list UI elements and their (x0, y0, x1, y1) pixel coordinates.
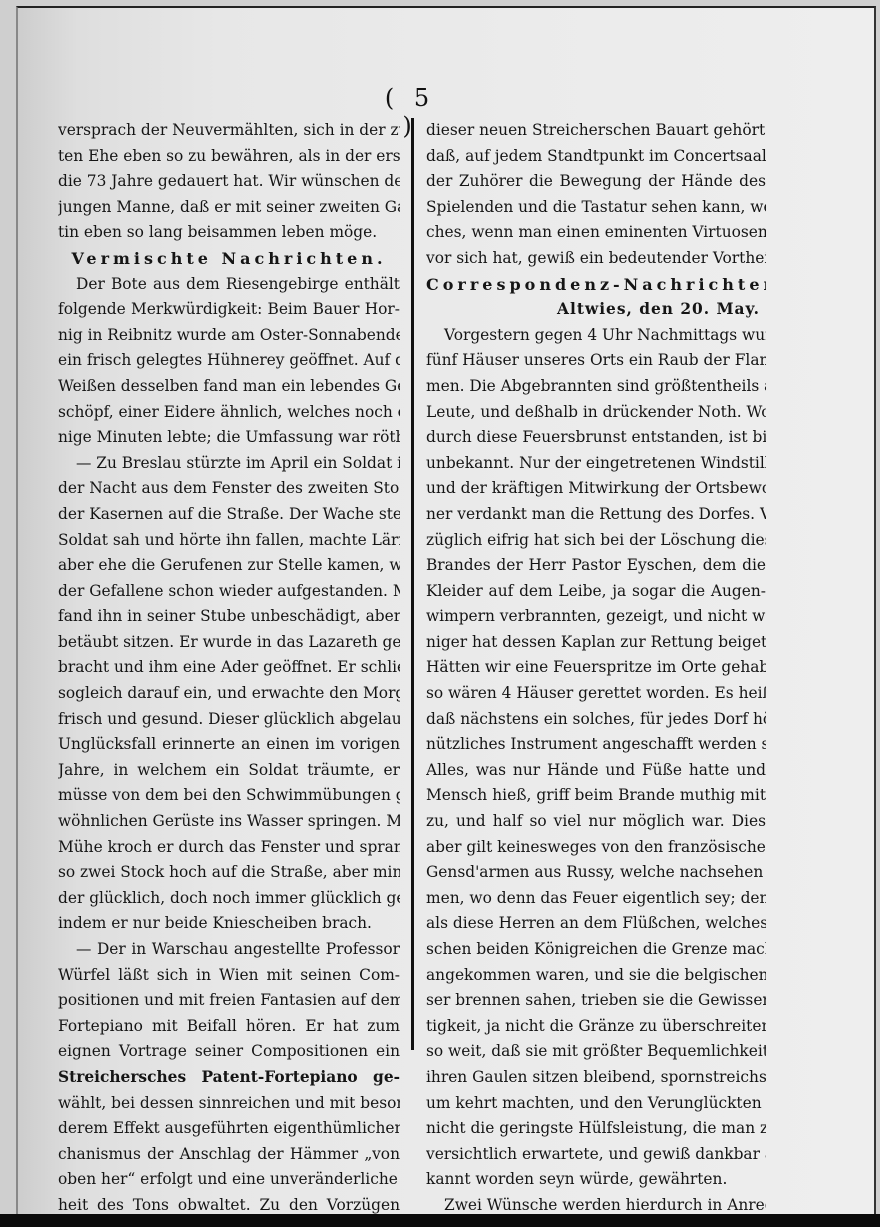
text-line: Leute, und deßhalb in drückender Noth. W… (426, 400, 766, 426)
text-line: oben her“ erfolgt und eine unveränderlic… (58, 1167, 400, 1193)
text-line: betäubt sitzen. Er wurde in das Lazareth… (58, 630, 400, 656)
text-line: Mensch hieß, griff beim Brande muthig mi… (426, 783, 766, 809)
text-line: chanismus der Anschlag der Hämmer „von (58, 1142, 400, 1168)
text-line: folgende Merkwürdigkeit: Beim Bauer Hor- (58, 297, 400, 323)
text-line: — Zu Breslau stürzte im April ein Soldat… (58, 451, 400, 477)
text-line: nige Minuten lebte; die Umfassung war rö… (58, 425, 400, 451)
text-line: als diese Herren an dem Flüßchen, welche… (426, 911, 766, 937)
text-line: aber ehe die Gerufenen zur Stelle kamen,… (58, 553, 400, 579)
text-line: Der Bote aus dem Riesengebirge enthält (58, 272, 400, 298)
text-line: um kehrt machten, und den Verunglückten … (426, 1091, 766, 1117)
text-line: fünf Häuser unseres Orts ein Raub der Fl… (426, 348, 766, 374)
text-line: nicht die geringste Hülfsleistung, die m… (426, 1116, 766, 1142)
column-divider (411, 118, 414, 1050)
text-line: tigkeit, ja nicht die Gränze zu überschr… (426, 1014, 766, 1040)
continued-paragraph: dieser neuen Streicherschen Bauart gehör… (426, 118, 766, 272)
text-line: Würfel läßt sich in Wien mit seinen Com- (58, 963, 400, 989)
text-line: ches, wenn man einen eminenten Virtuosen (426, 220, 766, 246)
text-line: heit des Tons obwaltet. Zu den Vorzügen (58, 1193, 400, 1219)
text-line: der glücklich, doch noch immer glücklich… (58, 886, 400, 912)
text-line: frisch und gesund. Dieser glücklich abge… (58, 707, 400, 733)
text-line: Vorgestern gegen 4 Uhr Nachmittags wurde… (426, 323, 766, 349)
text-line: daß nächstens ein solches, für jedes Dor… (426, 707, 766, 733)
text-line: versprach der Neuvermählten, sich in der… (58, 118, 400, 144)
text-line: Soldat sah und hörte ihn fallen, machte … (58, 528, 400, 554)
text-line: tin eben so lang beisammen leben möge. (58, 220, 400, 246)
text-line: — Der in Warschau angestellte Professor (58, 937, 400, 963)
text-line: aber gilt keinesweges von den französisc… (426, 835, 766, 861)
text-line: Weißen desselben fand man ein lebendes G… (58, 374, 400, 400)
text-line: so zwei Stock hoch auf die Straße, aber … (58, 860, 400, 886)
text-line: ner verdankt man die Rettung des Dorfes.… (426, 502, 766, 528)
text-line: wöhnlichen Gerüste ins Wasser springen. … (58, 809, 400, 835)
text-line: Brandes der Herr Pastor Eyschen, dem die (426, 553, 766, 579)
text-line: Unglücksfall erinnerte an einen im vorig… (58, 732, 400, 758)
article-vermischte-nachrichten: Der Bote aus dem Riesengebirge enthält f… (58, 272, 400, 1219)
text-line: durch diese Feuersbrunst entstanden, ist… (426, 425, 766, 451)
text-line: ten Ehe eben so zu bewähren, als in der … (58, 144, 400, 170)
text-line: der Nacht aus dem Fenster des zweiten St… (58, 476, 400, 502)
text-line: die 73 Jahre gedauert hat. Wir wünschen … (58, 169, 400, 195)
text-line: der Zuhörer die Bewegung der Hände des (426, 169, 766, 195)
text-line: wimpern verbrannten, gezeigt, und nicht … (426, 604, 766, 630)
text-line: positionen und mit freien Fantasien auf … (58, 988, 400, 1014)
text-line: nützliches Instrument angeschafft werden… (426, 732, 766, 758)
text-line: dieser neuen Streicherschen Bauart gehör… (426, 118, 766, 144)
text-line: Fortepiano mit Beifall hören. Er hat zum (58, 1014, 400, 1040)
article-correspondenz-nachrichten: Vorgestern gegen 4 Uhr Nachmittags wurde… (426, 323, 766, 1219)
text-line: schen beiden Königreichen die Grenze mac… (426, 937, 766, 963)
text-line: Gensd'armen aus Russy, welche nachsehen … (426, 860, 766, 886)
text-line: so weit, daß sie mit größter Bequemlichk… (426, 1039, 766, 1065)
text-line: Streichersches Patent-Fortepiano ge- (58, 1065, 400, 1091)
text-line: fand ihn in seiner Stube unbeschädigt, a… (58, 604, 400, 630)
text-line: Jahre, in welchem ein Soldat träumte, er (58, 758, 400, 784)
text-line: ein frisch gelegtes Hühnerey geöffnet. A… (58, 348, 400, 374)
text-line: bracht und ihm eine Ader geöffnet. Er sc… (58, 655, 400, 681)
continued-paragraph: versprach der Neuvermählten, sich in der… (58, 118, 400, 246)
text-line: ihren Gaulen sitzen bleibend, spornstrei… (426, 1065, 766, 1091)
text-line: schöpf, einer Eidere ähnlich, welches no… (58, 400, 400, 426)
text-line: müsse von dem bei den Schwimmübungen ge- (58, 783, 400, 809)
text-line: Alles, was nur Hände und Füße hatte und (426, 758, 766, 784)
text-line: der Gefallene schon wieder aufgestanden.… (58, 579, 400, 605)
dateline: Altwies, den 20. May. (426, 297, 766, 323)
section-heading-vermischte-nachrichten: Vermischte Nachrichten. (58, 246, 400, 272)
text-line: derem Effekt ausgeführten eigenthümliche… (58, 1116, 400, 1142)
right-column: dieser neuen Streicherschen Bauart gehör… (426, 118, 766, 1219)
text-line: daß, auf jedem Standtpunkt im Concertsaa… (426, 144, 766, 170)
text-line: wählt, bei dessen sinnreichen und mit be… (58, 1091, 400, 1117)
text-line: vor sich hat, gewiß ein bedeutender Vort… (426, 246, 766, 272)
text-line: züglich eifrig hat sich bei der Löschung… (426, 528, 766, 554)
text-line: Mühe kroch er durch das Fenster und spra… (58, 835, 400, 861)
text-line: jungen Manne, daß er mit seiner zweiten … (58, 195, 400, 221)
text-line: angekommen waren, und sie die belgischen… (426, 963, 766, 989)
text-line: niger hat dessen Kaplan zur Rettung beig… (426, 630, 766, 656)
text-line: men, wo denn das Feuer eigentlich sey; d… (426, 886, 766, 912)
text-line: und der kräftigen Mitwirkung der Ortsbew… (426, 476, 766, 502)
text-line: nig in Reibnitz wurde am Oster-Sonnabend… (58, 323, 400, 349)
text-line: Zwei Wünsche werden hierdurch in Anregun… (426, 1193, 766, 1219)
text-line: eignen Vortrage seiner Compositionen ein (58, 1039, 400, 1065)
text-line: sogleich darauf ein, und erwachte den Mo… (58, 681, 400, 707)
text-line: kannt worden seyn würde, gewährten. (426, 1167, 766, 1193)
text-line: unbekannt. Nur der eingetretenen Windsti… (426, 451, 766, 477)
text-line: Kleider auf dem Leibe, ja sogar die Auge… (426, 579, 766, 605)
text-line: so wären 4 Häuser gerettet worden. Es he… (426, 681, 766, 707)
text-line: Spielenden und die Tastatur sehen kann, … (426, 195, 766, 221)
section-heading-correspondenz-nachrichten: Correspondenz-Nachrichten. (426, 272, 766, 298)
text-line: ser brennen sahen, trieben sie die Gewis… (426, 988, 766, 1014)
text-line: Hätten wir eine Feuerspritze im Orte geh… (426, 655, 766, 681)
text-line: versichtlich erwartete, und gewiß dankba… (426, 1142, 766, 1168)
text-line: men. Die Abgebrannten sind größtentheils… (426, 374, 766, 400)
left-column: versprach der Neuvermählten, sich in der… (58, 118, 400, 1219)
text-line: der Kasernen auf die Straße. Der Wache s… (58, 502, 400, 528)
text-line: indem er nur beide Kniescheiben brach. (58, 911, 400, 937)
text-line: zu, und half so viel nur möglich war. Di… (426, 809, 766, 835)
